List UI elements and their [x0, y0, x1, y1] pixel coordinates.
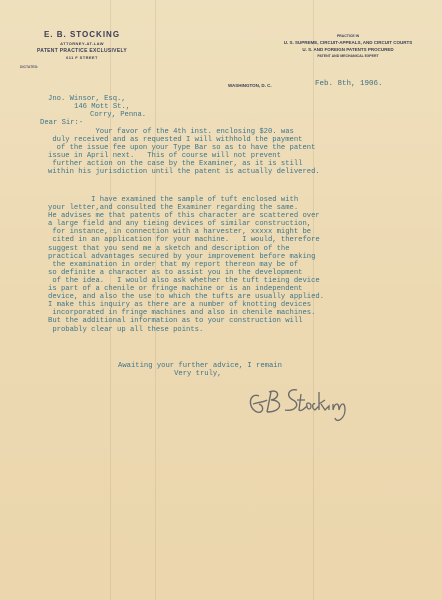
courts-line: U. S. Supreme, Circuit-Appeals, and Circ…	[258, 40, 438, 45]
letterhead-name: E. B. STOCKING	[18, 30, 146, 39]
text-line: so definite a character as to assist you…	[48, 269, 302, 277]
letterhead-right: PRACTICE IN U. S. Supreme, Circuit-Appea…	[258, 34, 438, 58]
text-line: He advises me that patents of this chara…	[48, 212, 320, 220]
text-line: of the issue fee upon your Type Bar so a…	[48, 144, 315, 152]
text-line: further action on the case by the Examin…	[48, 160, 302, 168]
expert-line: Patent and Mechanical Expert	[258, 54, 438, 58]
letterhead-title: Attorney-at-Law	[18, 41, 146, 46]
practice-in: PRACTICE IN	[258, 34, 438, 38]
paragraph-1: Your favor of the 4th inst. enclosing $2…	[48, 128, 320, 177]
text-line: duly received and as requested I will wi…	[48, 136, 302, 144]
text-line: of the idea. I would also ask whether th…	[48, 277, 320, 285]
recipient-line: Corry, Penna.	[48, 111, 146, 119]
place-label: WASHINGTON, D. C.	[228, 83, 272, 88]
patents-line: U. S. and Foreign Patents Procured	[258, 47, 438, 52]
text-line: probably clear up all these points.	[48, 326, 203, 334]
text-line: issue in April next. This of course will…	[48, 152, 281, 160]
letterhead-left: E. B. STOCKING Attorney-at-Law PATENT PR…	[18, 30, 146, 60]
text-line: the examination in order that my report …	[48, 261, 298, 269]
paragraph-2: I have examined the sample of tuft enclo…	[48, 196, 324, 334]
letterhead-street: 611 F Street	[18, 55, 146, 60]
signature	[245, 378, 360, 426]
text-line: incorporated in fringe machines and also…	[48, 309, 315, 317]
closing-line: Very truly,	[118, 370, 222, 378]
recipient-line: 146 Mott St.,	[48, 103, 130, 111]
text-line: I have examined the sample of tuft enclo…	[48, 196, 298, 204]
text-line: Your favor of the 4th inst. enclosing $2…	[48, 128, 294, 136]
dictated-label: DICTATED:	[20, 65, 38, 69]
text-line: your letter,and consulted the Examiner r…	[48, 204, 298, 212]
text-line: for instance, in connection with a harve…	[48, 228, 311, 236]
recipient-line: Jno. Winsor, Esq.,	[48, 95, 126, 103]
closing-line: Awaiting your further advice, I remain	[118, 362, 282, 370]
text-line: a large field and any tieing devices of …	[48, 220, 311, 228]
letter-date: Feb. 8th, 1906.	[315, 80, 383, 88]
text-line: I make this inquiry as there are a numbe…	[48, 301, 311, 309]
text-line: suggest that you send me a sketch and de…	[48, 245, 290, 253]
recipient-address: Jno. Winsor, Esq., 146 Mott St., Corry, …	[48, 95, 146, 127]
text-line: cited in an application for your machine…	[48, 236, 320, 244]
text-line: practical advantages secured by your imp…	[48, 253, 315, 261]
text-line: device, and also the use to which the tu…	[48, 293, 324, 301]
salutation: Dear Sir:-	[40, 119, 83, 127]
text-line: is part of a chenile or fringe machine o…	[48, 285, 302, 293]
text-line: within his jurisdiction until the patent…	[48, 168, 320, 176]
letter-page: E. B. STOCKING Attorney-at-Law PATENT PR…	[0, 0, 442, 600]
text-line: But the additional information as to you…	[48, 317, 302, 325]
letterhead-practice: PATENT PRACTICE EXCLUSIVELY	[18, 48, 146, 54]
closing: Awaiting your further advice, I remain V…	[118, 362, 282, 378]
